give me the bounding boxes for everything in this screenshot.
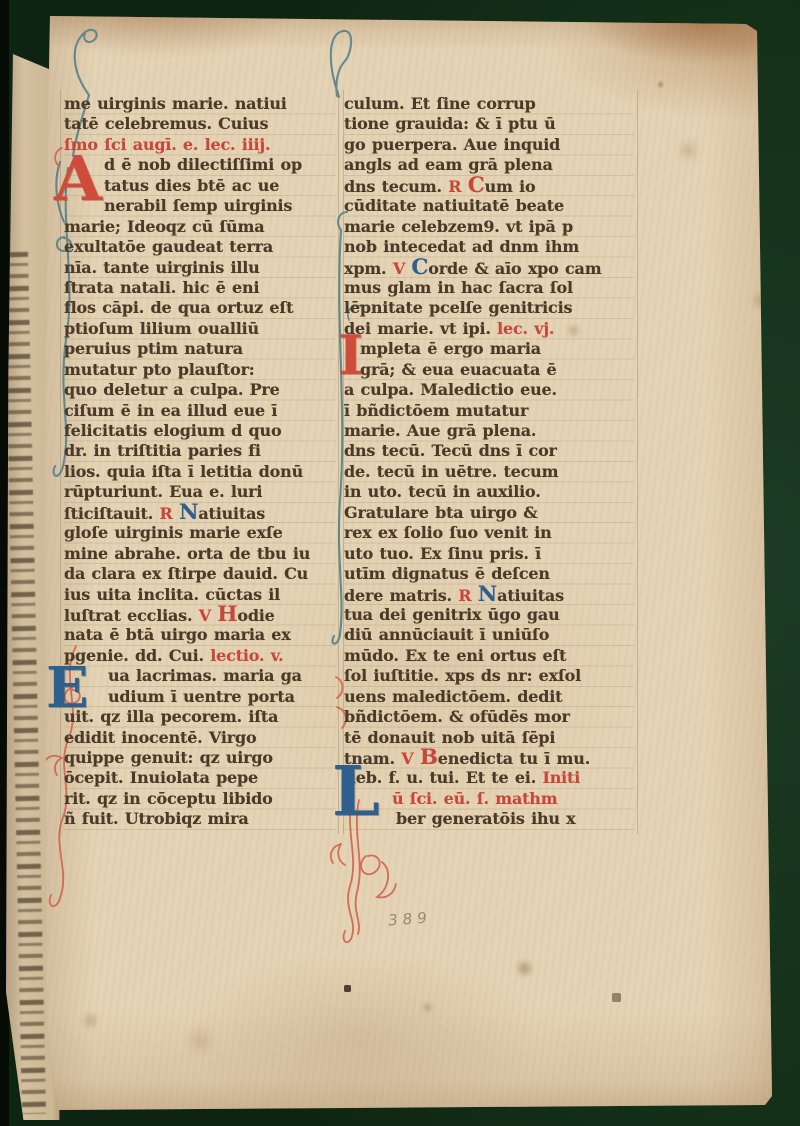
text-run: ciſum ē in ea illud eue ī [64,401,277,420]
text-run: felicitatis elogium d quo [64,421,281,440]
manuscript-line: nob intecedat ad dnm ihm [344,237,634,257]
text-run: dns tecum. [344,177,448,196]
manuscript-line: angls ad eam grā plena [344,155,634,175]
manuscript-line: edidit inocentē. Virgo [64,728,336,748]
manuscript-line: nata ē btā uirgo maria ex [64,625,336,645]
text-run: mūdo. Ex te eni ortus eſt [344,646,566,665]
drop-cap-initial-i: I [338,328,363,382]
manuscript-line: gloſe uirginis marie exſe [64,523,336,543]
text-run: quo deletur a culpa. Pre [64,380,280,399]
text-run: ū ſci. eū. ſ. mathm [392,789,557,808]
text-run: dere matris. [344,586,458,605]
manuscript-line: go puerpera. Aue inquid [344,135,634,155]
manuscript-line: felicitatis elogium d quo [64,421,336,441]
text-run: diū annūciauit ī uniūſo [344,625,549,644]
manuscript-line: ſticiſtauit. R Natiuitas [64,503,336,523]
text-column-left: me uirginis marie. natiuitatē celebremus… [64,94,336,830]
manuscript-line: nerabil ſemp uirginis [64,196,336,216]
text-run: mus glam in hac ſacra ſol [344,278,573,297]
lombard-initial: H [217,602,237,627]
text-run: Gratulare bta uirgo & [344,503,537,522]
text-run: cūditate natiuitatē beate [344,196,564,215]
ruling-line-vertical [338,90,339,834]
manuscript-line: flos cāpi. de qua ortuz eſt [64,298,336,318]
text-run: marie; Ideoqz cū ſūma [64,217,264,236]
text-run: rex ex ſolio ſuo venit in [344,523,552,542]
text-run: ua lacrimas. maria ga [108,666,302,685]
text-run: lēpnitate pcelſe genitricis [344,298,572,317]
manuscript-line: Gratulare bta uirgo & [344,503,634,523]
stain-spots [0,0,1,1]
text-run: ſticiſtauit. [64,504,159,523]
text-run: gloſe uirginis marie exſe [64,523,283,542]
text-run: uto tuo. Ex ſinu pris. ī [344,544,541,563]
text-run: dns tecū. Tecū dns ī cor [344,441,557,460]
lombard-initial: C [468,173,485,198]
text-run: enedicta tu ī mu. [438,749,590,768]
text-run: ſol iuſtitie. xps ds nr: exſol [344,666,581,685]
text-run: ñ fuit. Utrobiqz mira [64,809,249,828]
lombard-initial: B [420,745,438,770]
text-run: orde & aīo xpo cam [428,259,601,278]
text-run: luſtrat ecclias. [64,606,199,625]
text-run: udium ī uentre porta [108,687,295,706]
manuscript-line: d ē nob dilectiſſimi op [64,155,336,175]
manuscript-photo: me uirginis marie. natiuitatē celebremus… [0,0,800,1126]
manuscript-line: mpleta ē ergo maria [344,339,634,359]
text-run: ptioſum lilium oualliū [64,319,259,338]
text-run: exultatōe gaudeat terra [64,237,273,256]
text-run: lios. quia iſta ī letitia donū [64,462,303,481]
drop-cap-initial-l: L [332,758,380,826]
text-run: bñdictōem. & ofūdēs mor [344,707,570,726]
pencil-folio-number: 389 [387,908,432,929]
manuscript-line: da clara ex ſtirpe dauid. Cu [64,564,336,584]
text-run: a culpa. Maledictio eue. [344,380,557,399]
manuscript-line: bñdictōem. & ofūdēs mor [344,707,634,727]
text-run: marie. Aue grā plena. [344,421,536,440]
text-run: mine abrahe. orta de tbu iu [64,544,310,563]
manuscript-line: tione grauida: & ī ptu ū [344,114,634,134]
manuscript-line: diū annūciauit ī uniūſo [344,625,634,645]
text-run: da clara ex ſtirpe dauid. Cu [64,564,308,583]
text-run: xpm. [344,259,393,278]
manuscript-line: ī bñdictōem mutatur [344,401,634,421]
manuscript-line: de. tecū in uētre. tecum [344,462,634,482]
text-run: V [401,749,420,768]
manuscript-line: uto tuo. Ex ſinu pris. ī [344,544,634,564]
text-run: nerabil ſemp uirginis [104,196,292,215]
manuscript-line: ōcepit. Inuiolata pepe [64,768,336,788]
text-run: rūpturiunt. Eua e. luri [64,482,262,501]
manuscript-line: tē donauit nob uitā ſēpi [344,728,634,748]
text-run: tione grauida: & ī ptu ū [344,114,556,133]
text-run: tatē celebremus. Cuius [64,114,268,133]
text-run: ber generatōis ihu x [396,809,576,828]
text-run: R [159,504,178,523]
text-run: um io [485,177,536,196]
manuscript-line: grā; & eua euacuata ē [344,360,634,380]
text-run: lec. vj. [497,319,554,338]
manuscript-line: ſmo ſci augī. e. lec. iiij. [64,135,336,155]
manuscript-line: ñ fuit. Utrobiqz mira [64,809,336,829]
teal-flourish-intercolumn-loop [331,31,351,97]
text-run: flos cāpi. de qua ortuz eſt [64,298,293,317]
manuscript-line: marie. Aue grā plena. [344,421,634,441]
underlying-leaf-text-marks [4,252,46,1114]
text-run: peruius ptim natura [64,339,243,358]
text-run: V [199,606,218,625]
manuscript-line: dns tecū. Tecū dns ī cor [344,441,634,461]
manuscript-line: mine abrahe. orta de tbu iu [64,544,336,564]
ruling-line-vertical [637,90,638,834]
manuscript-line: rūpturiunt. Eua e. luri [64,482,336,502]
text-run: nīa. tante uirginis illu [64,258,260,277]
text-run: dr. in triſtitia paries fi [64,441,261,460]
text-run: tatus dies btē ac ue [104,176,279,195]
manuscript-line: pgenie. dd. Cui. lectio. v. [64,646,336,666]
manuscript-line: ber generatōis ihu x [344,809,634,829]
text-run: lectio. v. [210,646,283,665]
manuscript-line: nīa. tante uirginis illu [64,258,336,278]
manuscript-line: uit. qz illa pecorem. iſta [64,707,336,727]
manuscript-line: mūdo. Ex te eni ortus eſt [344,646,634,666]
manuscript-line: ſtrata natali. hic ē eni [64,278,336,298]
lombard-initial: N [179,500,198,525]
manuscript-line: uens maledictōem. dedit [344,687,634,707]
text-run: nob intecedat ad dnm ihm [344,237,579,256]
manuscript-line: mutatur pto plauſtor: [64,360,336,380]
lombard-initial: C [411,255,428,280]
parchment-page: me uirginis marie. natiuitatē celebremus… [0,0,800,1126]
manuscript-line: ptioſum lilium oualliū [64,319,336,339]
text-run: dei marie. vt ipi. [344,319,497,338]
text-run: ſtrata natali. hic ē eni [64,278,259,297]
manuscript-line: rit. qz in cōceptu libido [64,789,336,809]
text-run: uens maledictōem. dedit [344,687,562,706]
manuscript-line: quippe genuit: qz uirgo [64,748,336,768]
manuscript-line: ciſum ē in ea illud eue ī [64,401,336,421]
manuscript-line: lios. quia iſta ī letitia donū [64,462,336,482]
manuscript-line: dr. in triſtitia paries fi [64,441,336,461]
manuscript-line: ū ſci. eū. ſ. mathm [344,789,634,809]
text-run: mutatur pto plauſtor: [64,360,255,379]
text-run: tē donauit nob uitā ſēpi [344,728,555,747]
manuscript-line: tua dei genitrix ūgo gau [344,605,634,625]
manuscript-line: ua lacrimas. maria ga [64,666,336,686]
text-run: go puerpera. Aue inquid [344,135,560,154]
text-run: ōcepit. Inuiolata pepe [64,768,258,787]
manuscript-line: dere matris. R Natiuitas [344,585,634,605]
manuscript-line: xpm. V Corde & aīo xpo cam [344,258,634,278]
text-run: de. tecū in uētre. tecum [344,462,558,481]
manuscript-line: a culpa. Maledictio eue. [344,380,634,400]
drop-cap-initial-e: E [46,660,89,716]
text-run: marie celebzem9. vt ipā p [344,217,573,236]
manuscript-line: ſol iuſtitie. xps ds nr: exſol [344,666,634,686]
text-run: utīm dignatus ē deſcen [344,564,550,583]
text-run: ī bñdictōem mutatur [344,401,528,420]
manuscript-line: mus glam in hac ſacra ſol [344,278,634,298]
text-run: tua dei genitrix ūgo gau [344,605,560,624]
text-run: edidit inocentē. Virgo [64,728,256,747]
manuscript-line: rex ex ſolio ſuo venit in [344,523,634,543]
manuscript-line: udium ī uentre porta [64,687,336,707]
manuscript-line: cūditate natiuitatē beate [344,196,634,216]
text-run: atiuitas [497,586,564,605]
manuscript-line: in uto. tecū in auxilio. [344,482,634,502]
text-column-right: culum. Et ſine corruptione grauida: & ī … [344,94,634,830]
manuscript-line: peruius ptim natura [64,339,336,359]
text-run: odie [237,606,274,625]
text-run: V [393,259,412,278]
text-run: ius uita inclita. cūctas il [64,585,280,604]
text-run: grā; & eua euacuata ē [360,360,556,379]
text-run: d ē nob dilectiſſimi op [104,155,302,174]
manuscript-line: marie; Ideoqz cū ſūma [64,217,336,237]
text-run: culum. Et ſine corrup [344,94,536,113]
manuscript-line: exultatōe gaudeat terra [64,237,336,257]
text-run: uit. qz illa pecorem. iſta [64,707,278,726]
drop-cap-initial-a: A [54,148,102,210]
text-run: mpleta ē ergo maria [360,339,541,358]
text-run: me uirginis marie. natiui [64,94,287,113]
manuscript-line: me uirginis marie. natiui [64,94,336,114]
manuscript-line: lēpnitate pcelſe genitricis [344,298,634,318]
manuscript-line: dns tecum. R Cum io [344,176,634,196]
manuscript-line: tnam. V Benedicta tu ī mu. [344,748,634,768]
manuscript-line: ius uita inclita. cūctas il [64,585,336,605]
manuscript-line: marie celebzem9. vt ipā p [344,217,634,237]
text-run: R [448,177,467,196]
text-run: in uto. tecū in auxilio. [344,482,541,501]
text-run: Initi [542,768,580,787]
manuscript-line: tatē celebremus. Cuius [64,114,336,134]
text-run: quippe genuit: qz uirgo [64,748,273,767]
text-run: angls ad eam grā plena [344,155,553,174]
manuscript-line: tatus dies btē ac ue [64,176,336,196]
text-run: nata ē btā uirgo maria ex [64,625,291,644]
lombard-initial: N [478,582,497,607]
manuscript-line: quo deletur a culpa. Pre [64,380,336,400]
text-run: R [458,586,477,605]
manuscript-line: luſtrat ecclias. V Hodie [64,605,336,625]
manuscript-line: culum. Et ſine corrup [344,94,634,114]
text-run: rit. qz in cōceptu libido [64,789,273,808]
text-run: atiuitas [198,504,265,523]
manuscript-line: dei marie. vt ipi. lec. vj. [344,319,634,339]
manuscript-line: lieb. f. u. tui. Et te ei. Initi [344,768,634,788]
